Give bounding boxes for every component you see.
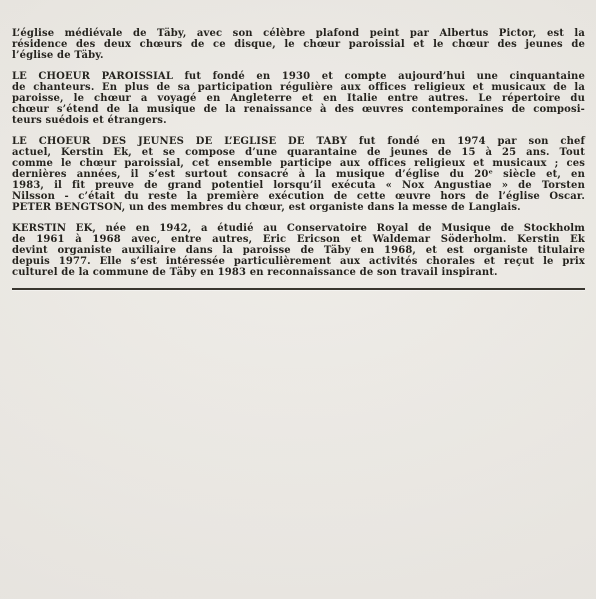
text-line: PETER BENGTSON, un des membres du chœur,… — [12, 202, 585, 213]
text-line: Nilsson - c’était du reste la première e… — [12, 191, 585, 202]
text-line: teurs suédois et étrangers. — [12, 115, 585, 126]
text-line: chœur s’étend de la musique de la renais… — [12, 104, 585, 115]
text-line: L’église médiévale de Täby, avec son cél… — [12, 28, 585, 39]
text-line: de 1961 à 1968 avec, entre autres, Eric … — [12, 234, 585, 245]
paragraph: KERSTIN EK, née en 1942, a étudié au Con… — [12, 223, 585, 278]
text-block: L’église médiévale de Täby, avec son cél… — [12, 28, 585, 278]
paragraph: L’église médiévale de Täby, avec son cél… — [12, 28, 585, 61]
text-line: depuis 1977. Elle s’est intéressée parti… — [12, 256, 585, 267]
text-line: comme le chœur paroissial, cet ensemble … — [12, 158, 585, 169]
text-line: actuel, Kerstin Ek, et se compose d’une … — [12, 147, 585, 158]
text-line: culturel de la commune de Täby en 1983 e… — [12, 267, 585, 278]
text-line: paroisse, le chœur a voyagé en Angleterr… — [12, 93, 585, 104]
liner-notes-page: L’église médiévale de Täby, avec son cél… — [12, 28, 585, 290]
text-line: l’église de Täby. — [12, 50, 585, 61]
divider-rule — [12, 288, 585, 290]
text-line: 1983, il fit preuve de grand potentiel l… — [12, 180, 585, 191]
paragraph: LE CHOEUR DES JEUNES DE L’EGLISE DE TABY… — [12, 136, 585, 213]
text-line: de chanteurs. En plus de sa participatio… — [12, 82, 585, 93]
text-line: résidence des deux chœurs de ce disque, … — [12, 39, 585, 50]
text-line: dernières années, il s’est surtout consa… — [12, 169, 585, 180]
text-line: LE CHOEUR PAROISSIAL fut fondé en 1930 e… — [12, 71, 585, 82]
text-line: KERSTIN EK, née en 1942, a étudié au Con… — [12, 223, 585, 234]
paragraph: LE CHOEUR PAROISSIAL fut fondé en 1930 e… — [12, 71, 585, 126]
text-line: LE CHOEUR DES JEUNES DE L’EGLISE DE TABY… — [12, 136, 585, 147]
text-line: devint organiste auxiliaire dans la paro… — [12, 245, 585, 256]
